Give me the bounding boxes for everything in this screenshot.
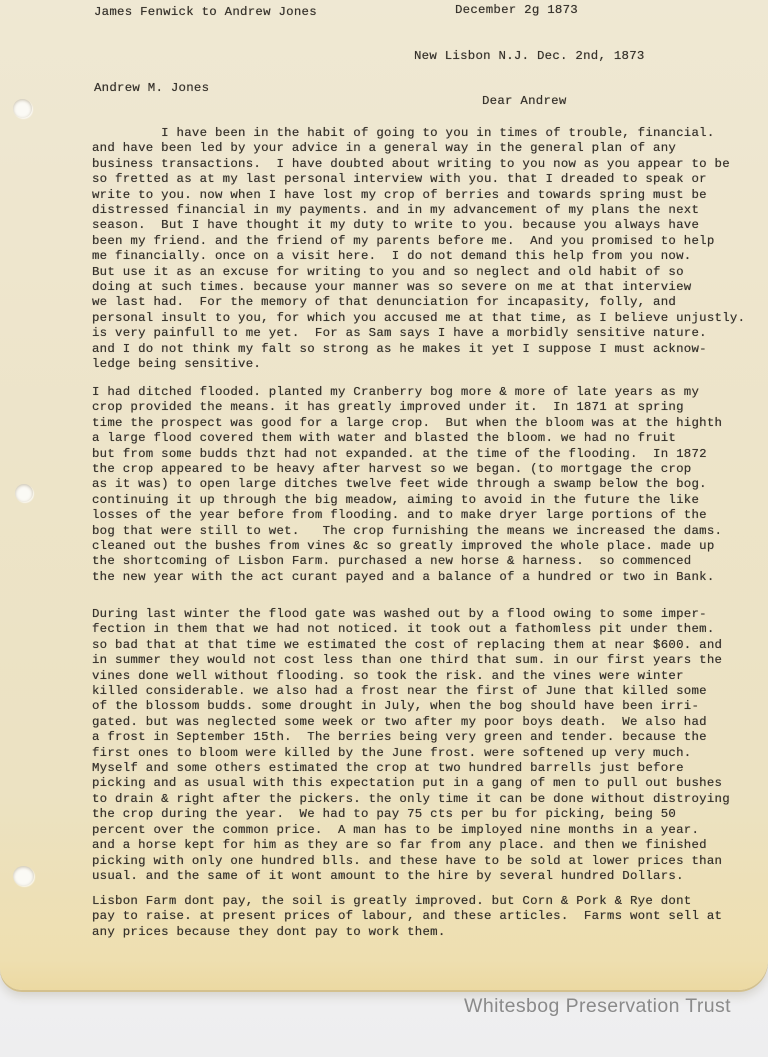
letter-header-date: December 2g 1873 [455,3,578,18]
letter-dateline: New Lisbon N.J. Dec. 2nd, 1873 [414,49,645,64]
letter-paragraph-3: During last winter the flood gate was wa… [92,607,764,884]
scan-page: James Fenwick to Andrew Jones December 2… [0,0,768,1057]
letter-attribution: James Fenwick to Andrew Jones [94,5,317,20]
punch-hole-middle [15,484,33,502]
archive-watermark: Whitesbog Preservation Trust [464,995,731,1018]
letter-recipient: Andrew M. Jones [94,81,209,96]
punch-hole-bottom [13,866,34,886]
letter-paper: James Fenwick to Andrew Jones December 2… [0,0,768,990]
letter-paragraph-4: Lisbon Farm dont pay, the soil is greatl… [92,894,764,940]
letter-salutation: Dear Andrew [482,94,567,109]
letter-paragraph-1: I have been in the habit of going to you… [92,126,764,373]
letter-paragraph-2: I had ditched flooded. planted my Cranbe… [92,385,764,585]
punch-hole-top [13,99,32,118]
